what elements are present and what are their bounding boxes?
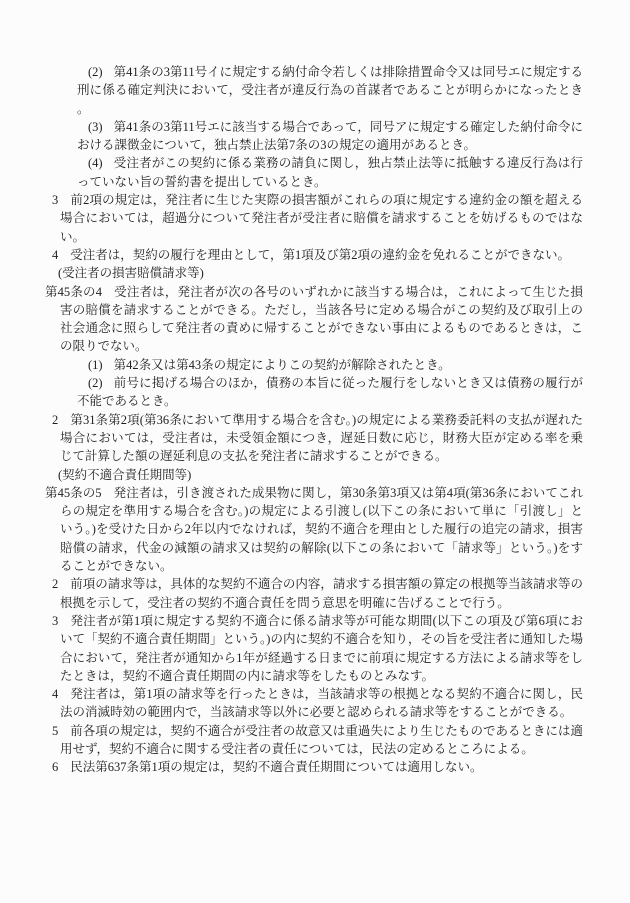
document-body: (2)第41条の3第11号イに規定する納付命令若しくは排除措置命令又は同号エに規… [45, 63, 583, 777]
paragraph-text: (契約不適合責任期間等) [58, 468, 191, 482]
paragraph-marker: 第45条の5 [45, 486, 102, 500]
paragraph-marker: (3) [88, 120, 103, 134]
paragraph-item: 2前項の請求等は，具体的な契約不適合の内容，請求する損害額の算定の根拠等当該請求… [45, 575, 583, 612]
paragraph-item: 3発注者が第1項に規定する契約不適合に係る請求等が可能な期間(以下この項及び第6… [45, 612, 583, 685]
paragraph-text: 第41条の3第11号イに規定する納付命令若しくは排除措置命令又は同号エに規定する… [77, 65, 583, 116]
paragraph-caption: (契約不適合責任期間等) [45, 466, 583, 484]
paragraph-marker: 2 [52, 577, 58, 591]
paragraph-text: 第41条の3第11号エに該当する場合であって，同号アに規定する確定した納付命令に… [77, 120, 583, 152]
paragraph-marker: 第45条の4 [45, 285, 102, 299]
paragraph-subitem: (4)受注者がこの契約に係る業務の請負に関し，独占禁止法等に抵触する違反行為は行… [45, 154, 583, 191]
paragraph-text: (受注者の損害賠償請求等) [58, 266, 204, 280]
paragraph-text: 第31条第2項(第36条において準用する場合を含む。)の規定による業務委託料の支… [60, 413, 583, 464]
paragraph-marker: 6 [52, 760, 58, 774]
paragraph-text: 第42条又は第43条の規定によりこの契約が解除されたとき。 [114, 358, 451, 372]
paragraph-text: 前号に掲げる場合のほか，債務の本旨に従った履行をしないとき又は債務の履行が不能で… [77, 376, 583, 408]
paragraph-text: 発注者が第1項に規定する契約不適合に係る請求等が可能な期間(以下この項及び第6項… [60, 614, 583, 683]
paragraph-marker: 4 [52, 687, 58, 701]
paragraph-text: 受注者は，発注者が次の各号のいずれかに該当する場合は，これによって生じた損害の賠… [60, 285, 583, 354]
paragraph-item: 4受注者は，契約の履行を理由として，第1項及び第2項の違約金を免れることができな… [45, 246, 583, 264]
paragraph-marker: 4 [52, 248, 58, 262]
paragraph-marker: (2) [88, 376, 103, 390]
paragraph-subitem: (1)第42条又は第43条の規定によりこの契約が解除されたとき。 [45, 356, 583, 374]
paragraph-subitem: (2)前号に掲げる場合のほか，債務の本旨に従った履行をしないとき又は債務の履行が… [45, 374, 583, 411]
paragraph-marker: 2 [52, 413, 58, 427]
paragraph-marker: (4) [88, 156, 103, 170]
paragraph-marker: (1) [88, 358, 103, 372]
paragraph-item: 3前2項の規定は，発注者に生じた実際の損害額がこれらの項に規定する違約金の額を超… [45, 191, 583, 246]
paragraph-subitem: (3)第41条の3第11号エに該当する場合であって，同号アに規定する確定した納付… [45, 118, 583, 155]
paragraph-item: 4発注者は，第1項の請求等を行ったときは，当該請求等の根拠となる契約不適合に関し… [45, 685, 583, 722]
paragraph-marker: 5 [52, 724, 58, 738]
paragraph-subitem: (2)第41条の3第11号イに規定する納付命令若しくは排除措置命令又は同号エに規… [45, 63, 583, 118]
paragraph-marker: (2) [88, 65, 103, 79]
paragraph-text: 民法第637条第1項の規定は，契約不適合責任期間については適用しない。 [70, 760, 482, 774]
paragraph-text: 発注者は，引き渡された成果物に関し，第30条第3項又は第4項(第36条においてこ… [60, 486, 583, 573]
paragraph-text: 前2項の規定は，発注者に生じた実際の損害額がこれらの項に規定する違約金の額を超え… [60, 193, 583, 244]
document-page: (2)第41条の3第11号イに規定する納付命令若しくは排除措置命令又は同号エに規… [0, 0, 630, 903]
paragraph-caption: (受注者の損害賠償請求等) [45, 264, 583, 282]
paragraph-item: 2第31条第2項(第36条において準用する場合を含む。)の規定による業務委託料の… [45, 411, 583, 466]
paragraph-text: 受注者がこの契約に係る業務の請負に関し，独占禁止法等に抵触する違反行為は行ってい… [77, 156, 583, 188]
paragraph-text: 前各項の規定は，契約不適合が受注者の故意又は重過失により生じたものであるときには… [60, 724, 583, 756]
paragraph-marker: 3 [52, 193, 58, 207]
paragraph-article: 第45条の5発注者は，引き渡された成果物に関し，第30条第3項又は第4項(第36… [45, 484, 583, 575]
paragraph-marker: 3 [52, 614, 58, 628]
paragraph-item: 6民法第637条第1項の規定は，契約不適合責任期間については適用しない。 [45, 758, 583, 776]
paragraph-text: 受注者は，契約の履行を理由として，第1項及び第2項の違約金を免れることができない… [70, 248, 570, 262]
paragraph-text: 前項の請求等は，具体的な契約不適合の内容，請求する損害額の算定の根拠等当該請求等… [60, 577, 583, 609]
paragraph-article: 第45条の4受注者は，発注者が次の各号のいずれかに該当する場合は，これによって生… [45, 283, 583, 356]
paragraph-item: 5前各項の規定は，契約不適合が受注者の故意又は重過失により生じたものであるときに… [45, 722, 583, 759]
paragraph-text: 発注者は，第1項の請求等を行ったときは，当該請求等の根拠となる契約不適合に関し，… [60, 687, 583, 719]
